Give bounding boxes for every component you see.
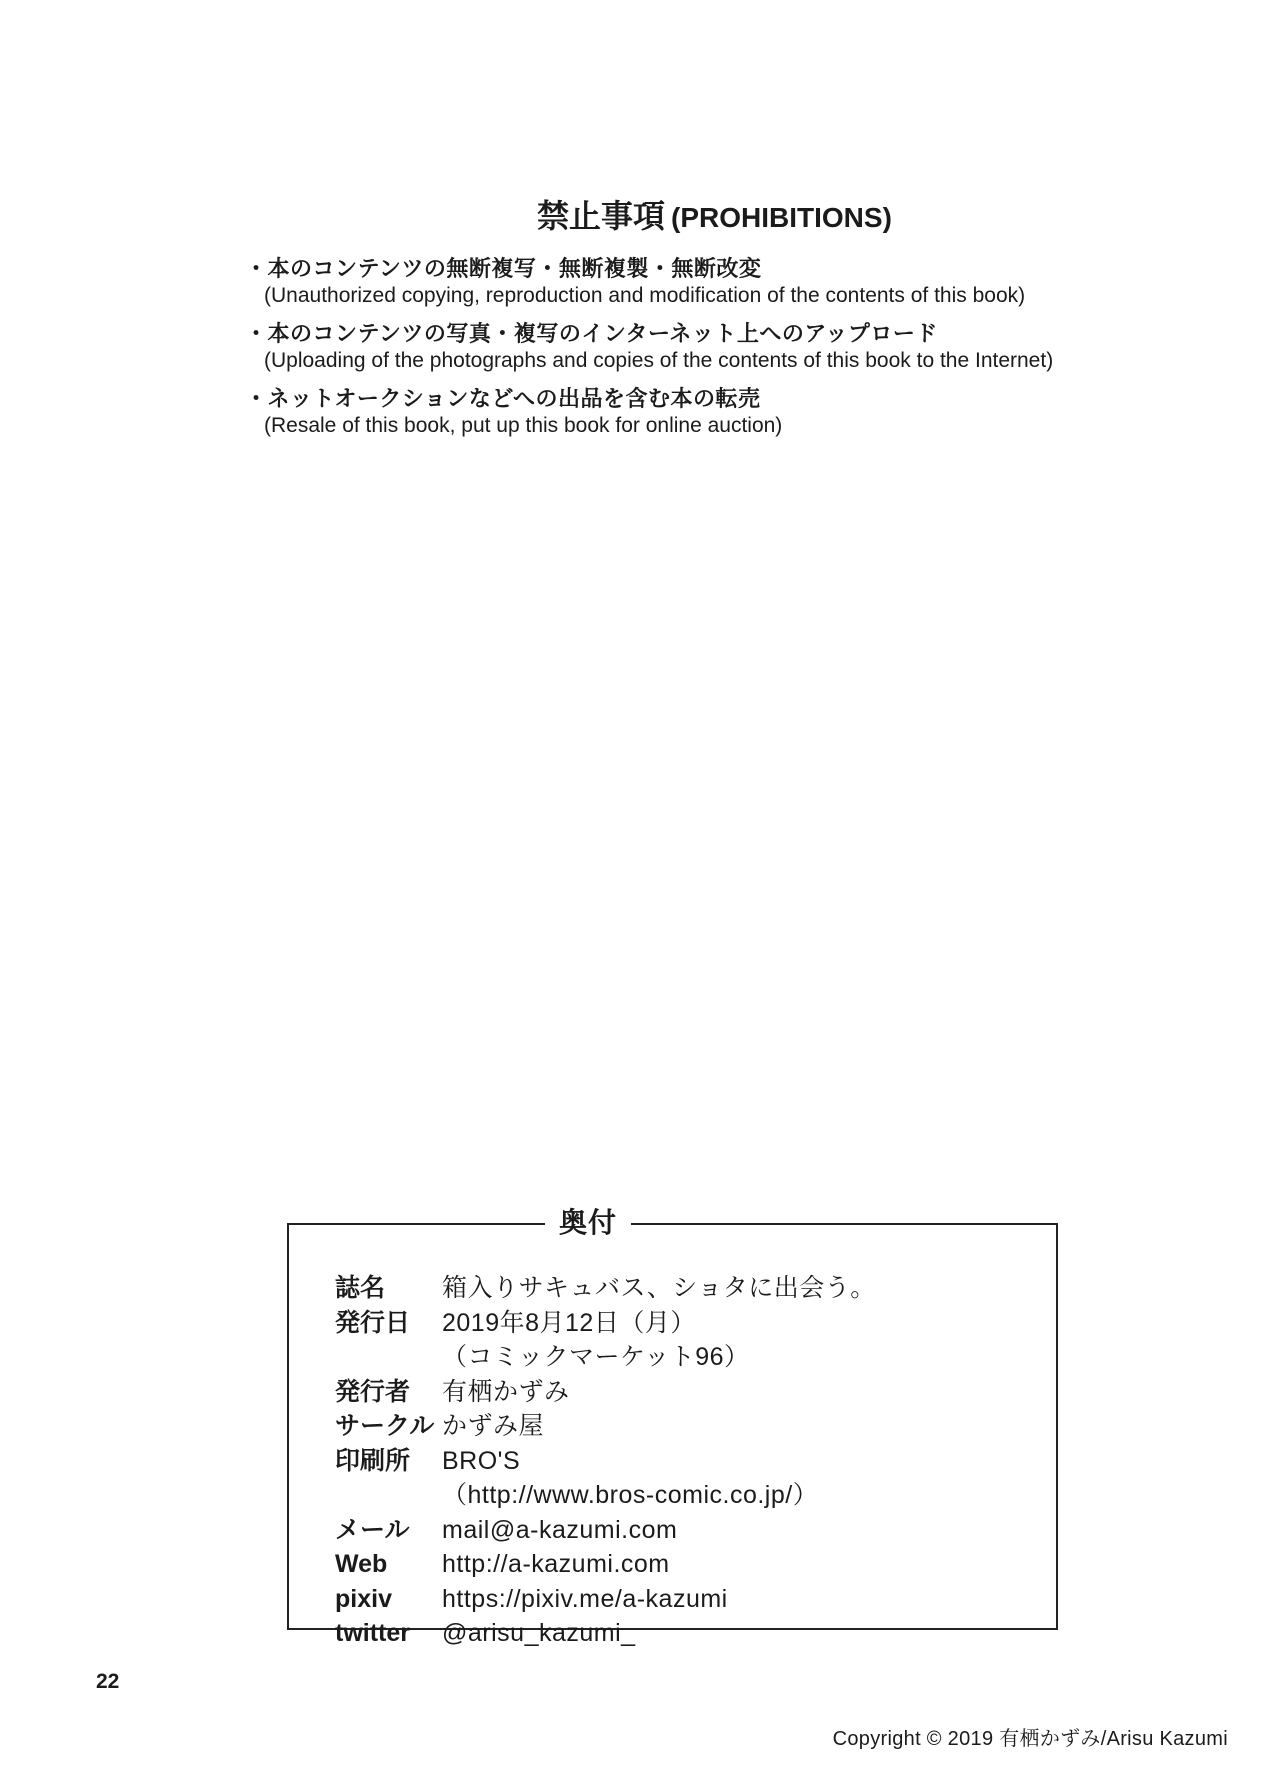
prohibition-item-en: (Unauthorized copying, reproduction and … (264, 283, 1205, 309)
colophon-rows: 誌名箱入りサキュバス、ショタに出会う。 発行日2019年8月12日（月） （コミ… (289, 1273, 1056, 1653)
colophon-value: BRO'S (442, 1447, 520, 1475)
colophon-value: かずみ屋 (442, 1412, 544, 1440)
colophon-value: mail@a-kazumi.com (442, 1516, 677, 1544)
scanned-doujinshi-colophon-page: { "prohibitions": { "title_jp": "禁止事項", … (0, 0, 1280, 1790)
colophon-title: 奥付 (545, 1208, 631, 1238)
colophon-row-circle: サークルかずみ屋 (289, 1411, 1056, 1446)
prohibition-item-en: (Uploading of the photographs and copies… (264, 348, 1205, 374)
prohibition-item: ・本のコンテンツの無断複写・無断複製・無断改変 (Unauthorized co… (245, 255, 1205, 309)
colophon-row-web: Webhttp://a-kazumi.com (289, 1549, 1056, 1584)
colophon-label: 印刷所 (335, 1446, 442, 1477)
colophon-label: メール (335, 1515, 442, 1546)
colophon-row-publisher: 発行者有栖かずみ (289, 1377, 1056, 1412)
colophon-box: 奥付 誌名箱入りサキュバス、ショタに出会う。 発行日2019年8月12日（月） … (287, 1223, 1058, 1630)
colophon-label: pixiv (335, 1584, 442, 1615)
colophon-value: （http://www.bros-comic.co.jp/） (442, 1481, 818, 1509)
colophon-row-printer-url: （http://www.bros-comic.co.jp/） (289, 1480, 1056, 1515)
colophon-value: （コミックマーケット96） (442, 1343, 750, 1371)
colophon-label: 発行者 (335, 1377, 442, 1408)
prohibition-item-jp: ・本のコンテンツの写真・複写のインターネット上へのアップロード (245, 320, 1205, 348)
page-number: 22 (96, 1670, 119, 1694)
prohibitions-list: ・本のコンテンツの無断複写・無断複製・無断改変 (Unauthorized co… (245, 255, 1205, 450)
prohibition-item-en: (Resale of this book, put up this book f… (264, 413, 1205, 439)
colophon-row-publish-date: 発行日2019年8月12日（月） (289, 1308, 1056, 1343)
colophon-row-pixiv: pixivhttps://pixiv.me/a-kazumi (289, 1584, 1056, 1619)
colophon-row-mail: メールmail@a-kazumi.com (289, 1515, 1056, 1550)
prohibitions-heading-en: (PROHIBITIONS) (671, 202, 892, 233)
colophon-row-event: （コミックマーケット96） (289, 1342, 1056, 1377)
colophon-row-title: 誌名箱入りサキュバス、ショタに出会う。 (289, 1273, 1056, 1308)
colophon-value: https://pixiv.me/a-kazumi (442, 1585, 728, 1613)
colophon-value: 2019年8月12日（月） (442, 1309, 696, 1337)
colophon-row-twitter: twitter@arisu_kazumi_ (289, 1618, 1056, 1653)
prohibition-item-jp: ・本のコンテンツの無断複写・無断複製・無断改変 (245, 255, 1205, 283)
colophon-row-printer: 印刷所BRO'S (289, 1446, 1056, 1481)
colophon-label: 発行日 (335, 1308, 442, 1339)
colophon-value: 箱入りサキュバス、ショタに出会う。 (442, 1274, 876, 1302)
copyright-line: Copyright © 2019 有栖かずみ/Arisu Kazumi (833, 1722, 1228, 1751)
colophon-value: http://a-kazumi.com (442, 1550, 670, 1578)
colophon-label: サークル (335, 1411, 442, 1442)
colophon-value: 有栖かずみ (442, 1378, 570, 1406)
colophon-label: Web (335, 1549, 442, 1580)
colophon-label: twitter (335, 1618, 442, 1649)
prohibitions-heading: 禁止事項(PROHIBITIONS) (537, 200, 892, 232)
colophon-label: 誌名 (335, 1273, 442, 1304)
prohibition-item: ・ネットオークションなどへの出品を含む本の転売 (Resale of this … (245, 385, 1205, 439)
prohibition-item: ・本のコンテンツの写真・複写のインターネット上へのアップロード (Uploadi… (245, 320, 1205, 374)
prohibitions-heading-jp: 禁止事項 (537, 198, 665, 234)
prohibition-item-jp: ・ネットオークションなどへの出品を含む本の転売 (245, 385, 1205, 413)
colophon-value: @arisu_kazumi_ (442, 1619, 636, 1647)
